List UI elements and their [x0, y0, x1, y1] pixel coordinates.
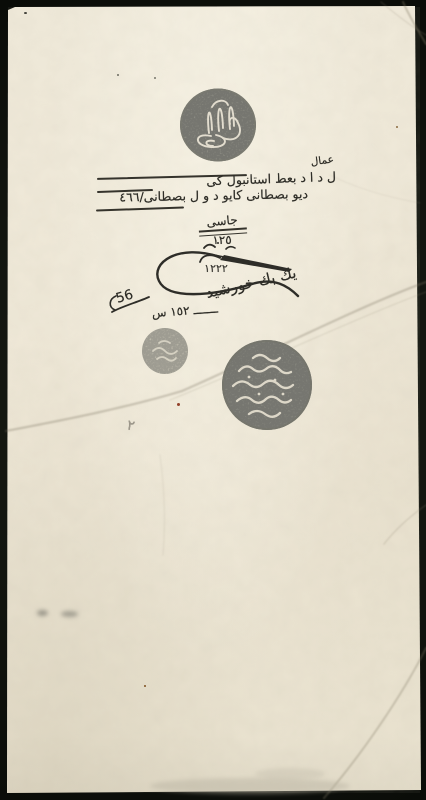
ink-smudge	[61, 611, 78, 617]
dust-speck	[154, 77, 156, 79]
ink-smudge	[37, 610, 48, 616]
scanned-document: عمال ل د ا د بعط استانبول كى ديو بصطانى …	[0, 0, 426, 800]
bottom-edge-smudge	[150, 778, 350, 794]
dust-speck	[396, 126, 398, 128]
round-calligraphic-seal-stamp	[219, 338, 315, 432]
small-faint-round-stamp	[139, 326, 191, 376]
bottom-edge-smudge	[255, 768, 325, 780]
oval-tughra-seal-stamp	[178, 86, 258, 165]
brown-dot	[144, 685, 146, 687]
year-number: ١٢٢٢	[192, 263, 240, 274]
dust-speck	[24, 12, 27, 14]
dust-speck	[117, 74, 119, 76]
red-ink-dot	[177, 403, 180, 406]
